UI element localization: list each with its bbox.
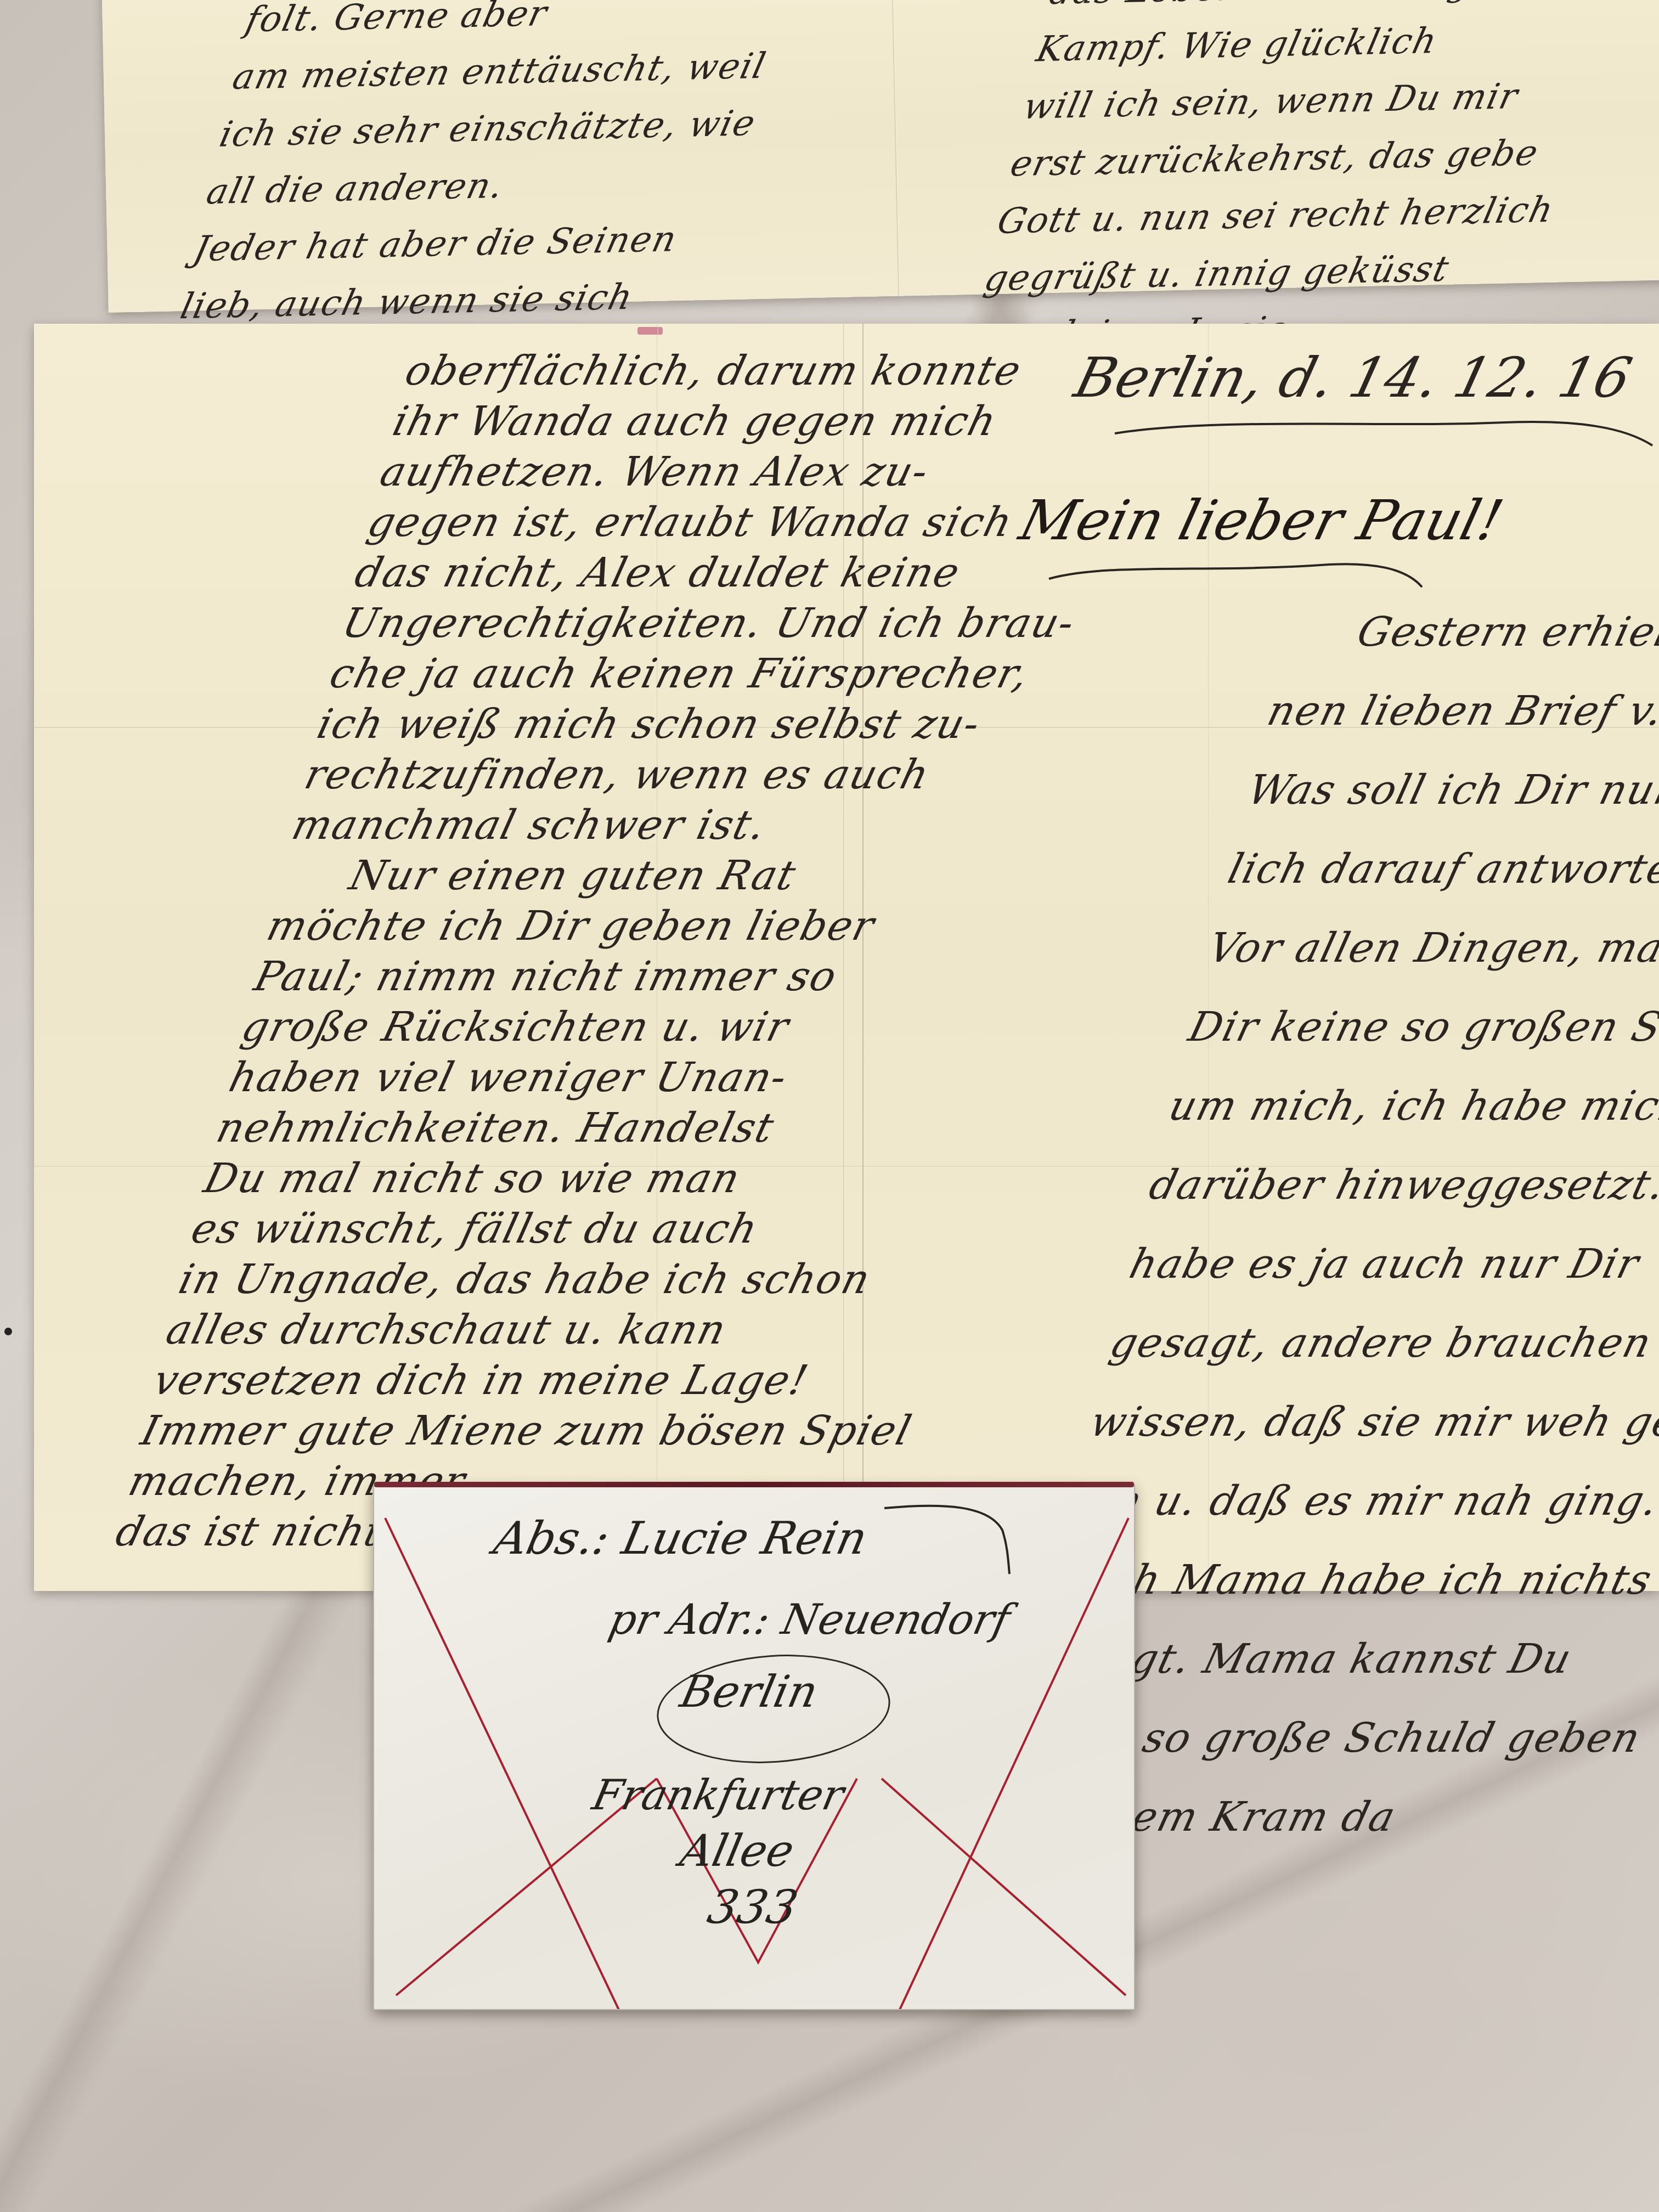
top-sheet-right-page: das Leben ist ein ewiger Kampf. Wie glüc… xyxy=(966,0,1612,365)
salutation-underline-flourish xyxy=(1043,557,1427,595)
house-number: 333 xyxy=(703,1880,803,1934)
text-line: ihr Wanda auch gegen mich xyxy=(388,396,1169,447)
text-line: Immer gute Miene zum bösen Spiel xyxy=(136,1406,917,1456)
text-line: um mich, ich habe mich schon xyxy=(1160,1066,1659,1145)
envelope: Abs.: Lucie Rein pr Adr.: Neuendorf Berl… xyxy=(373,1484,1135,2010)
text-line: Was soll ich Dir nun eigent- xyxy=(1239,751,1659,830)
sender-city: Berlin xyxy=(676,1666,822,1717)
text-line: che ja auch keinen Fürsprecher, xyxy=(325,648,1106,699)
care-of-line: pr Adr.: Neuendorf xyxy=(605,1595,1015,1644)
ink-stain xyxy=(637,327,663,335)
text-line: Vor allen Dingen, mache xyxy=(1200,909,1659,988)
sheet-fold xyxy=(891,0,900,296)
text-line: möchte ich Dir geben lieber xyxy=(262,901,1043,951)
text-line: manchmal schwer ist. xyxy=(287,800,1068,850)
surface-mark xyxy=(4,1328,12,1335)
top-sheet-left-page: folt. Gerne aber am meisten enttäuscht, … xyxy=(175,0,788,335)
text-line: ich sie sehr einschätzte, wie xyxy=(214,95,761,163)
street-type: Allee xyxy=(676,1825,798,1876)
text-line: Nur einen guten Rat xyxy=(274,850,1056,901)
text-line: Gestern erhielt ich dei- xyxy=(1279,592,1659,672)
text-line: lich darauf antworten? xyxy=(1220,830,1659,909)
text-line: alles durchschaut u. kann xyxy=(161,1305,943,1355)
street-name: Frankfurter xyxy=(589,1770,849,1819)
letter-date: Berlin, d. 14. 12. 16 xyxy=(1068,346,1638,410)
text-line: tan u. daß es mir nah ging. xyxy=(1062,1462,1659,1541)
text-line: gesagt, andere brauchen nicht xyxy=(1101,1304,1659,1383)
text-line: es wünscht, fällst du auch xyxy=(187,1204,968,1254)
date-underline-flourish xyxy=(1109,411,1658,455)
text-line: Du mal nicht so wie man xyxy=(199,1153,980,1204)
sender-flourish xyxy=(879,1497,1022,1585)
text-line: habe es ja auch nur Dir xyxy=(1121,1224,1659,1304)
text-line: in Ungnade, das habe ich schon xyxy=(174,1254,955,1305)
sender-name: Abs.: Lucie Rein xyxy=(489,1513,872,1565)
text-line: Paul; nimm nicht immer so xyxy=(249,951,1030,1002)
text-line: oberflächlich, darum konnte xyxy=(400,346,1182,396)
text-line: Ungerechtigkeiten. Und ich brau- xyxy=(337,598,1119,648)
text-line: ich weiß mich schon selbst zu- xyxy=(312,699,1093,749)
text-line: haben viel weniger Unan- xyxy=(224,1052,1005,1103)
text-line: Gott u. nun sei recht herzlich xyxy=(992,181,1560,250)
text-line: nehmlichkeiten. Handelst xyxy=(212,1103,993,1153)
text-line: das nicht, Alex duldet keine xyxy=(350,548,1131,598)
text-line: rechtzufinden, wenn es auch xyxy=(300,749,1081,800)
text-line: wissen, daß sie mir weh ge- xyxy=(1082,1383,1659,1462)
text-line: Dir keine so großen Sorgen xyxy=(1180,988,1659,1066)
text-line: große Rücksichten u. wir xyxy=(236,1002,1018,1052)
text-line: darüber hinweggesetzt. Ich xyxy=(1141,1145,1659,1224)
text-line: Jeder hat aber die Seinen xyxy=(188,210,735,278)
text-line: nen lieben Brief v. 8. 12. xyxy=(1259,672,1659,751)
main-letter-sheet: oberflächlich, darum konnte ihr Wanda au… xyxy=(34,324,1659,1591)
letter-salutation: Mein lieber Paul! xyxy=(1013,488,1509,552)
top-letter-sheet: folt. Gerne aber am meisten enttäuscht, … xyxy=(101,0,1659,313)
text-line: versetzen dich in meine Lage! xyxy=(149,1355,930,1406)
